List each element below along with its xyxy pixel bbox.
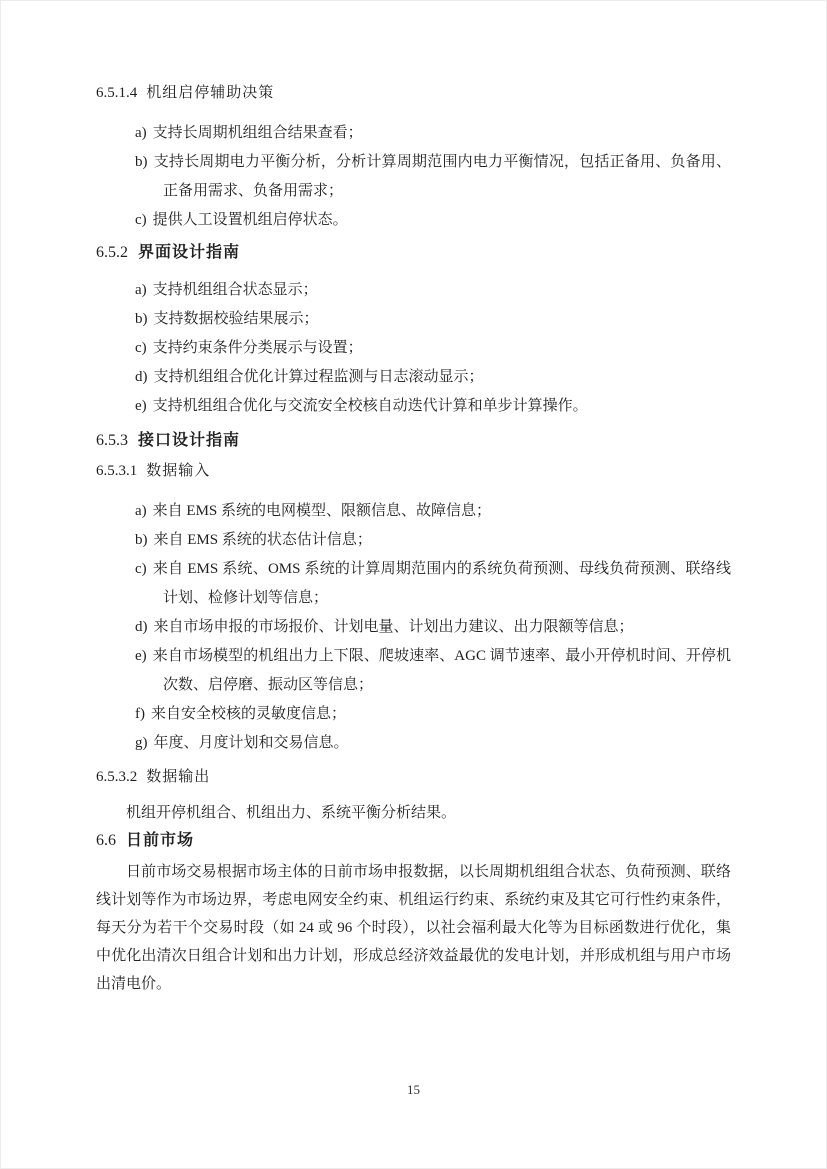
list-item-text: 来自市场申报的市场报价、计划电量、计划出力建议、出力限额等信息； bbox=[154, 619, 634, 635]
list-item-label: d) bbox=[135, 619, 148, 635]
list-item-label: c) bbox=[135, 212, 147, 228]
section-heading-6-6: 6.6日前市场 bbox=[96, 827, 731, 855]
list-item-label: d) bbox=[135, 369, 148, 385]
list-item: f)来自安全校核的灵敏度信息； bbox=[135, 700, 731, 729]
list-item-text: 支持机组组合状态显示； bbox=[153, 282, 318, 298]
section-title: 数据输入 bbox=[146, 463, 210, 479]
list-item-text: 来自 EMS 系统的状态估计信息； bbox=[154, 532, 372, 548]
list-item-text: 支持约束条件分类展示与设置； bbox=[153, 340, 363, 356]
list-item-label: c) bbox=[135, 561, 147, 577]
list-item: c)来自 EMS 系统、OMS 系统的计算周期范围内的系统负荷预测、母线负荷预测… bbox=[135, 555, 731, 613]
list-item-label: b) bbox=[135, 154, 148, 170]
list-item-label: a) bbox=[135, 125, 147, 141]
list-item-text: 提供人工设置机组启停状态。 bbox=[153, 212, 348, 228]
section-title: 接口设计指南 bbox=[138, 432, 240, 449]
page-footer: 15 bbox=[0, 1080, 827, 1100]
list-item-text: 年度、月度计划和交易信息。 bbox=[154, 735, 349, 751]
list-item-label: b) bbox=[135, 311, 148, 327]
section-title: 数据输出 bbox=[146, 769, 210, 785]
list-6-5-1-4: a)支持长周期机组组合结果查看； b)支持长周期电力平衡分析，分析计算周期范围内… bbox=[96, 119, 731, 235]
list-item: b)来自 EMS 系统的状态估计信息； bbox=[135, 526, 731, 555]
section-number: 6.5.3.1 bbox=[96, 463, 137, 479]
list-6-5-3-1: a)来自 EMS 系统的电网模型、限额信息、故障信息； b)来自 EMS 系统的… bbox=[96, 497, 731, 758]
list-item-label: b) bbox=[135, 532, 148, 548]
list-item-label: e) bbox=[135, 398, 147, 414]
list-item-text: 来自市场模型的机组出力上下限、爬坡速率、AGC 调节速率、最小开停机时间、开停机… bbox=[153, 648, 731, 693]
list-item: c)支持约束条件分类展示与设置； bbox=[135, 334, 731, 363]
page-number: 15 bbox=[407, 1082, 420, 1097]
section-heading-6-5-3: 6.5.3接口设计指南 bbox=[96, 427, 731, 455]
document-page: 6.5.1.4机组启停辅助决策 a)支持长周期机组组合结果查看； b)支持长周期… bbox=[0, 0, 827, 1169]
list-item-label: f) bbox=[135, 706, 145, 722]
list-item-text: 支持长周期机组组合结果查看； bbox=[153, 125, 363, 141]
list-item-text: 支持机组组合优化与交流安全校核自动迭代计算和单步计算操作。 bbox=[153, 398, 588, 414]
list-item-text: 支持长周期电力平衡分析，分析计算周期范围内电力平衡情况，包括正备用、负备用、正备… bbox=[154, 154, 732, 199]
list-6-5-2: a)支持机组组合状态显示； b)支持数据校验结果展示； c)支持约束条件分类展示… bbox=[96, 276, 731, 421]
section-heading-6-5-3-2: 6.5.3.2数据输出 bbox=[96, 763, 731, 791]
section-number: 6.6 bbox=[96, 832, 116, 849]
section-heading-6-5-3-1: 6.5.3.1数据输入 bbox=[96, 457, 731, 485]
list-item: g)年度、月度计划和交易信息。 bbox=[135, 729, 731, 758]
paragraph-day-ahead-market: 日前市场交易根据市场主体的日前市场申报数据，以长周期机组组合状态、负荷预测、联络… bbox=[96, 858, 731, 998]
section-heading-6-5-2: 6.5.2界面设计指南 bbox=[96, 239, 731, 267]
section-title: 日前市场 bbox=[126, 832, 194, 849]
page-content: 6.5.1.4机组启停辅助决策 a)支持长周期机组组合结果查看； b)支持长周期… bbox=[96, 0, 731, 998]
list-item-label: e) bbox=[135, 648, 147, 664]
section-number: 6.5.2 bbox=[96, 244, 128, 261]
list-item: a)支持长周期机组组合结果查看； bbox=[135, 119, 731, 148]
section-number: 6.5.3 bbox=[96, 432, 128, 449]
list-item-label: c) bbox=[135, 340, 147, 356]
list-item: b)支持长周期电力平衡分析，分析计算周期范围内电力平衡情况，包括正备用、负备用、… bbox=[135, 148, 731, 206]
section-heading-6-5-1-4: 6.5.1.4机组启停辅助决策 bbox=[96, 79, 731, 107]
list-item: e)来自市场模型的机组出力上下限、爬坡速率、AGC 调节速率、最小开停机时间、开… bbox=[135, 642, 731, 700]
list-item-label: a) bbox=[135, 282, 147, 298]
list-item-label: a) bbox=[135, 503, 147, 519]
section-number: 6.5.1.4 bbox=[96, 85, 137, 101]
list-item: a)来自 EMS 系统的电网模型、限额信息、故障信息； bbox=[135, 497, 731, 526]
list-item-text: 来自 EMS 系统、OMS 系统的计算周期范围内的系统负荷预测、母线负荷预测、联… bbox=[153, 561, 731, 606]
paragraph-data-output: 机组开停机组合、机组出力、系统平衡分析结果。 bbox=[96, 799, 731, 827]
list-item: b)支持数据校验结果展示； bbox=[135, 305, 731, 334]
list-item-text: 来自 EMS 系统的电网模型、限额信息、故障信息； bbox=[153, 503, 491, 519]
section-title: 机组启停辅助决策 bbox=[146, 85, 274, 101]
list-item-text: 来自安全校核的灵敏度信息； bbox=[151, 706, 346, 722]
list-item: a)支持机组组合状态显示； bbox=[135, 276, 731, 305]
list-item: d)来自市场申报的市场报价、计划电量、计划出力建议、出力限额等信息； bbox=[135, 613, 731, 642]
section-title: 界面设计指南 bbox=[138, 244, 240, 261]
list-item: d)支持机组组合优化计算过程监测与日志滚动显示； bbox=[135, 363, 731, 392]
list-item-label: g) bbox=[135, 735, 148, 751]
list-item: c)提供人工设置机组启停状态。 bbox=[135, 206, 731, 235]
list-item-text: 支持机组组合优化计算过程监测与日志滚动显示； bbox=[154, 369, 484, 385]
list-item-text: 支持数据校验结果展示； bbox=[154, 311, 319, 327]
list-item: e)支持机组组合优化与交流安全校核自动迭代计算和单步计算操作。 bbox=[135, 392, 731, 421]
section-number: 6.5.3.2 bbox=[96, 769, 137, 785]
